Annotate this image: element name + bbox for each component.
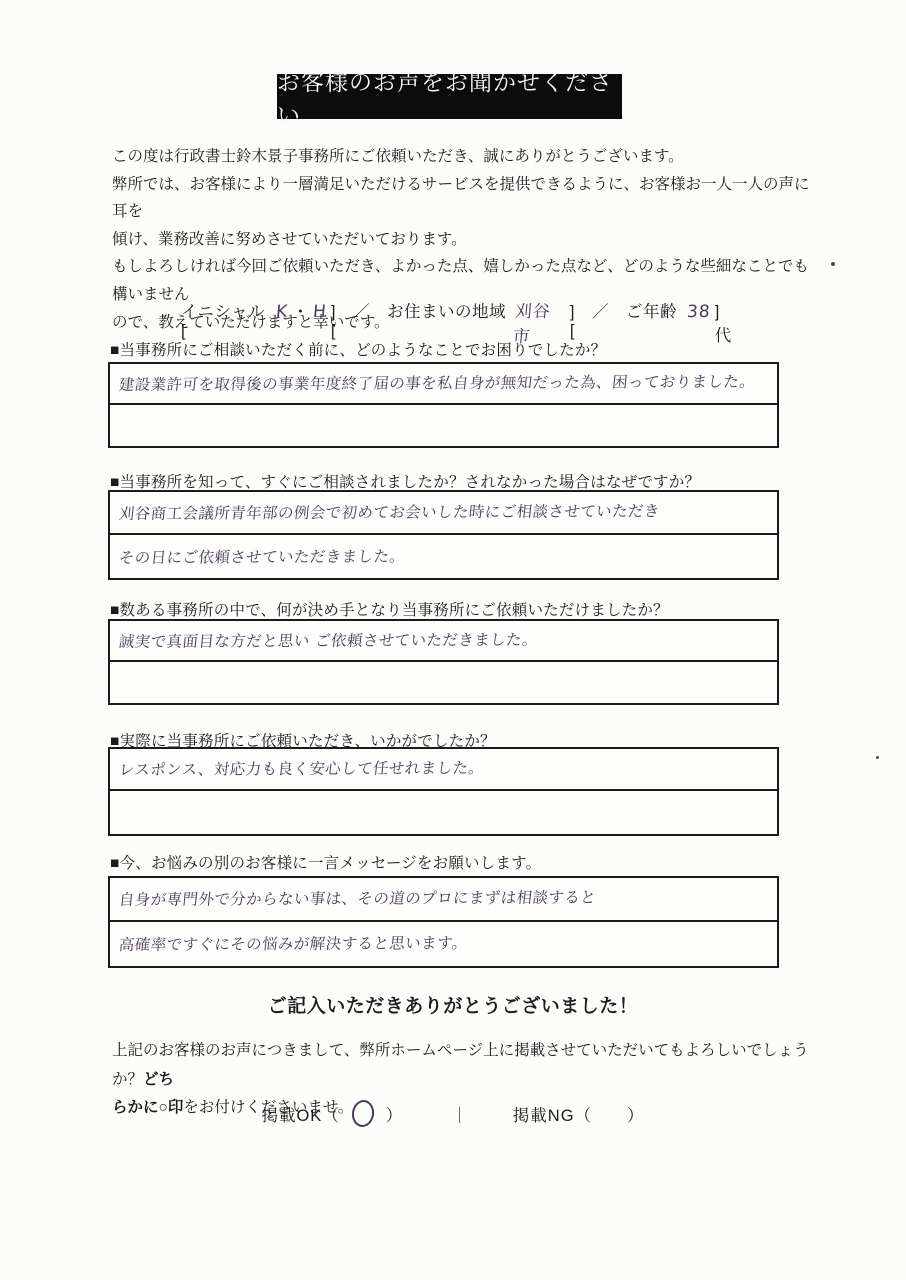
handwritten-answer: 建設業許可を取得後の事業年度終了届の事を私自身が無知だった為、困っておりました。 [118, 369, 757, 394]
age-label: ] ／ ご年齢 [ [570, 298, 683, 341]
permission-text-bold: どち [143, 1071, 174, 1088]
question-3-answer-box: 誠実で真面目な方だと思い ご依頼させていただきました。 [108, 619, 779, 705]
question-2-answer-box: 刈谷商工会議所青年部の例会で初めてお会いした時にご相談させていただき その日にご… [108, 490, 779, 580]
handwritten-answer: レスポンス、対応力も良く安心して任せれました。 [118, 756, 486, 780]
publish-ok-label: 掲載OK（ [261, 1102, 339, 1126]
handwritten-answer: 自身が専門外で分からない事は、その道のプロにまずは相談すると [118, 886, 597, 910]
scan-speck [831, 262, 835, 266]
answer-row [110, 405, 777, 446]
answer-row: 高確率ですぐにその悩みが解決すると思います。 [110, 922, 777, 966]
answer-row [110, 662, 777, 703]
question-4-answer-box: レスポンス、対応力も良く安心して任せれました。 [108, 747, 779, 836]
scanned-feedback-form: お客様のお声をお聞かせください この度は行政書士鈴木景子事務所にご依頼いただき、… [0, 0, 906, 1280]
answer-row: その日にご依頼させていただきました。 [110, 535, 777, 578]
question-5-answer-box: 自身が専門外で分からない事は、その道のプロにまずは相談すると 高確率ですぐにその… [108, 876, 779, 968]
thanks-message: ご記入いただきありがとうございました！ [0, 991, 906, 1018]
handwritten-answer: 刈谷商工会議所青年部の例会で初めてお会いした時にご相談させていただき [118, 499, 661, 524]
answer-row: レスポンス、対応力も良く安心して任せれました。 [110, 749, 777, 791]
question-1-answer-box: 建設業許可を取得後の事業年度終了届の事を私自身が無知だった為、困っておりました。 [108, 362, 779, 448]
area-label: ] ／ お住まいの地域 [ [331, 298, 510, 341]
answer-row: 誠実で真面目な方だと思い ご依頼させていただきました。 [110, 621, 777, 662]
form-title-banner: お客様のお声をお聞かせください [277, 74, 622, 119]
form-title: お客様のお声をお聞かせください [277, 64, 622, 130]
initial-value-second: H [312, 302, 327, 322]
publish-choice-row: 掲載OK（ ） ｜ 掲載NG（ ） [0, 1100, 906, 1127]
answer-row [110, 791, 777, 834]
answer-row: 自身が専門外で分からない事は、その道のプロにまずは相談すると [110, 878, 777, 922]
question-2-label: ■当事務所を知って、すぐにご相談されましたか？されなかった場合はなぜですか？ [110, 470, 800, 492]
handwritten-answer: 誠実で真面目な方だと思い ご依頼させていただきました。 [118, 627, 539, 651]
scan-speck [876, 756, 879, 759]
initial-label: イニシャル [ [181, 298, 272, 341]
initial-dot: ・ [292, 298, 309, 322]
question-5-label: ■今、お悩みの別のお客様に一言メッセージをお願いします。 [110, 851, 800, 873]
initial-value-first: K [275, 302, 289, 322]
permission-text: 上記のお客様のお声につきまして、弊所ホームページ上に掲載させていただいてもよろし… [112, 1042, 809, 1088]
answer-row: 刈谷商工会議所青年部の例会で初めてお会いした時にご相談させていただき [110, 492, 777, 535]
answer-row: 建設業許可を取得後の事業年度終了届の事を私自身が無知だった為、困っておりました。 [110, 364, 777, 405]
publish-ok-close-paren: ） [386, 1102, 404, 1126]
handwritten-answer: その日にご依頼させていただきました。 [118, 544, 407, 567]
publish-ng-label: 掲載NG（ ） [513, 1102, 645, 1126]
publish-divider: ｜ [451, 1102, 469, 1126]
handwritten-circle-mark [350, 1099, 376, 1129]
question-1-label: ■当事務所にご相談いただく前に、どのようなことでお困りでしたか？ [110, 338, 800, 360]
question-3-label: ■数ある事務所の中で、何が決め手となり当事務所にご依頼いただけましたか？ [110, 598, 800, 620]
handwritten-answer: 高確率ですぐにその悩みが解決すると思います。 [118, 931, 469, 955]
age-value: 38 [686, 302, 711, 322]
